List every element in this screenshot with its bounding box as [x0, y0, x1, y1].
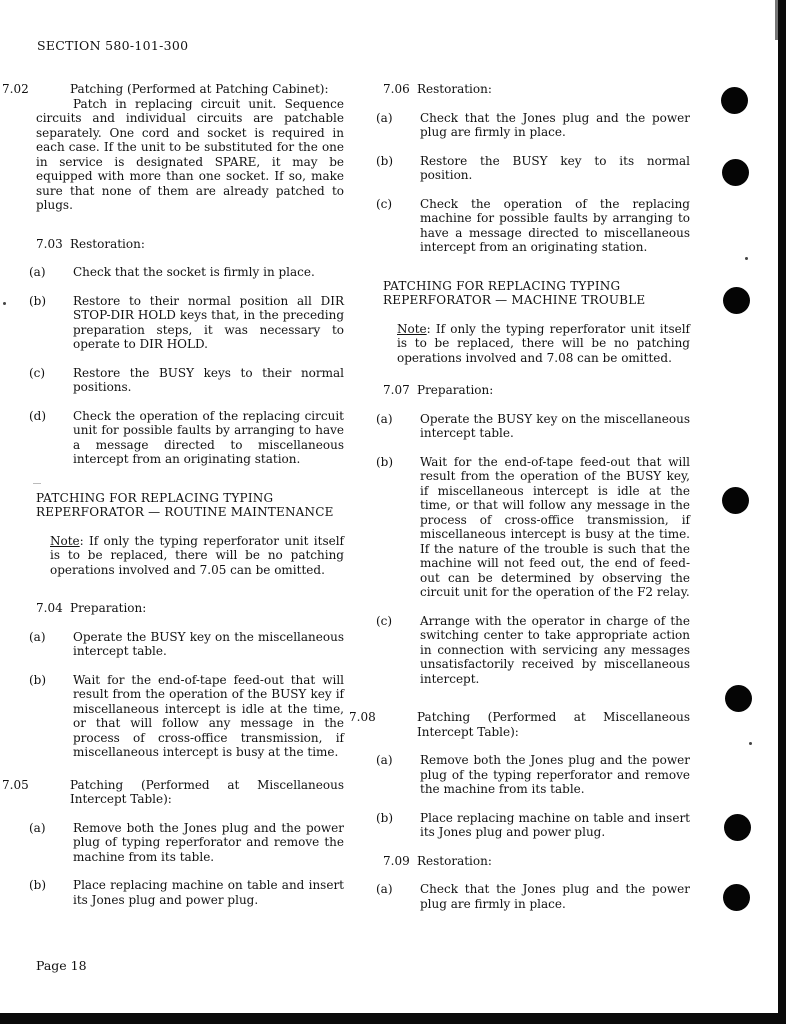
paragraph-number: 7.05 — [36, 778, 70, 793]
list-item: (a)Check that the Jones plug and the pow… — [398, 111, 690, 140]
list-item: (a)Check that the socket is firmly in pl… — [51, 265, 344, 280]
page-number: Page 18 — [36, 958, 87, 973]
paragraph-title: Restoration: — [417, 82, 492, 96]
punch-hole-icon — [724, 814, 751, 841]
paragraph-number: 7.08 — [383, 710, 417, 725]
paragraph-title: Preparation: — [417, 383, 493, 397]
paragraph-7-07: 7.07Preparation: — [383, 383, 690, 398]
section-heading: PATCHING FOR REPLACING TYPING REPERFORAT… — [383, 279, 690, 308]
note-text: : If only the typing reperforator unit i… — [50, 534, 344, 577]
paragraph-title: Preparation: — [70, 601, 146, 615]
paragraph-number: 7.02 — [36, 82, 70, 97]
punch-hole-icon — [722, 487, 749, 514]
left-column: 7.02Patching (Performed at Patching Cabi… — [36, 82, 344, 907]
scan-edge-bottom — [0, 1013, 786, 1024]
list-item: (a)Check that the Jones plug and the pow… — [398, 882, 690, 911]
paragraph-7-05: 7.05Patching (Performed at Miscellaneous… — [36, 778, 344, 807]
list-item: (c)Check the operation of the replacing … — [398, 197, 690, 255]
paragraph-title: Patching (Performed at Patching Cabinet)… — [70, 82, 329, 96]
list-item: (b)Place replacing machine on table and … — [51, 878, 344, 907]
paragraph-7-06: 7.06Restoration: — [383, 82, 690, 97]
paragraph-number: 7.06 — [383, 82, 417, 97]
paragraph-number: 7.09 — [383, 854, 417, 869]
paragraph-number: 7.07 — [383, 383, 417, 398]
paragraph-7-08: 7.08Patching (Performed at Miscellaneous… — [383, 710, 690, 739]
section-heading: PATCHING FOR REPLACING TYPING REPERFORAT… — [36, 491, 344, 520]
scan-speck — [745, 257, 748, 260]
list-item: (b)Place replacing machine on table and … — [398, 811, 690, 840]
list-item: (b)Restore to their normal position all … — [51, 294, 344, 352]
scan-mark — [33, 483, 41, 484]
list-item: (c)Arrange with the operator in charge o… — [398, 614, 690, 687]
paragraph-number: 7.03 — [36, 237, 70, 252]
paragraph-title: Patching (Performed at Miscellaneous Int… — [70, 778, 344, 807]
list-item: (a)Operate the BUSY key on the miscellan… — [51, 630, 344, 659]
paragraph-title: Patching (Performed at Miscellaneous Int… — [417, 710, 690, 739]
paragraph-title: Restoration: — [70, 237, 145, 251]
paragraph-number: 7.04 — [36, 601, 70, 616]
list-item: (b)Wait for the end-of-tape feed-out tha… — [398, 455, 690, 600]
section-header: SECTION 580-101-300 — [37, 38, 188, 53]
list-item: (b)Restore the BUSY key to its normal po… — [398, 154, 690, 183]
note-text: : If only the typing reperforator unit i… — [397, 322, 690, 365]
list-item: (a)Remove both the Jones plug and the po… — [51, 821, 344, 865]
punch-hole-icon — [725, 685, 752, 712]
list-item: (b)Wait for the end-of-tape feed-out tha… — [51, 673, 344, 760]
punch-hole-icon — [723, 884, 750, 911]
punch-hole-icon — [721, 87, 748, 114]
scan-edge-right — [778, 0, 786, 1024]
paragraph-7-09: 7.09Restoration: — [383, 854, 690, 869]
right-column: 7.06Restoration: (a)Check that the Jones… — [383, 82, 690, 911]
note: Note: If only the typing reperforator un… — [50, 534, 344, 578]
scan-speck — [3, 302, 6, 305]
paragraph-body: Patch in replacing circuit unit. Sequenc… — [36, 97, 344, 213]
note: Note: If only the typing reperforator un… — [397, 322, 690, 366]
paragraph-7-02: 7.02Patching (Performed at Patching Cabi… — [36, 82, 344, 97]
paragraph-title: Restoration: — [417, 854, 492, 868]
scan-speck — [749, 742, 752, 745]
list-item: (a)Operate the BUSY key on the miscellan… — [398, 412, 690, 441]
note-label: Note — [50, 534, 80, 548]
document-page: SECTION 580-101-300 7.02Patching (Perfor… — [0, 0, 786, 1024]
punch-hole-icon — [723, 287, 750, 314]
list-item: (d)Check the operation of the replacing … — [51, 409, 344, 467]
paragraph-7-03: 7.03Restoration: — [36, 237, 344, 252]
paragraph-7-04: 7.04Preparation: — [36, 601, 344, 616]
punch-hole-icon — [722, 159, 749, 186]
list-item: (a)Remove both the Jones plug and the po… — [398, 753, 690, 797]
list-item: (c)Restore the BUSY keys to their normal… — [51, 366, 344, 395]
note-label: Note — [397, 322, 427, 336]
